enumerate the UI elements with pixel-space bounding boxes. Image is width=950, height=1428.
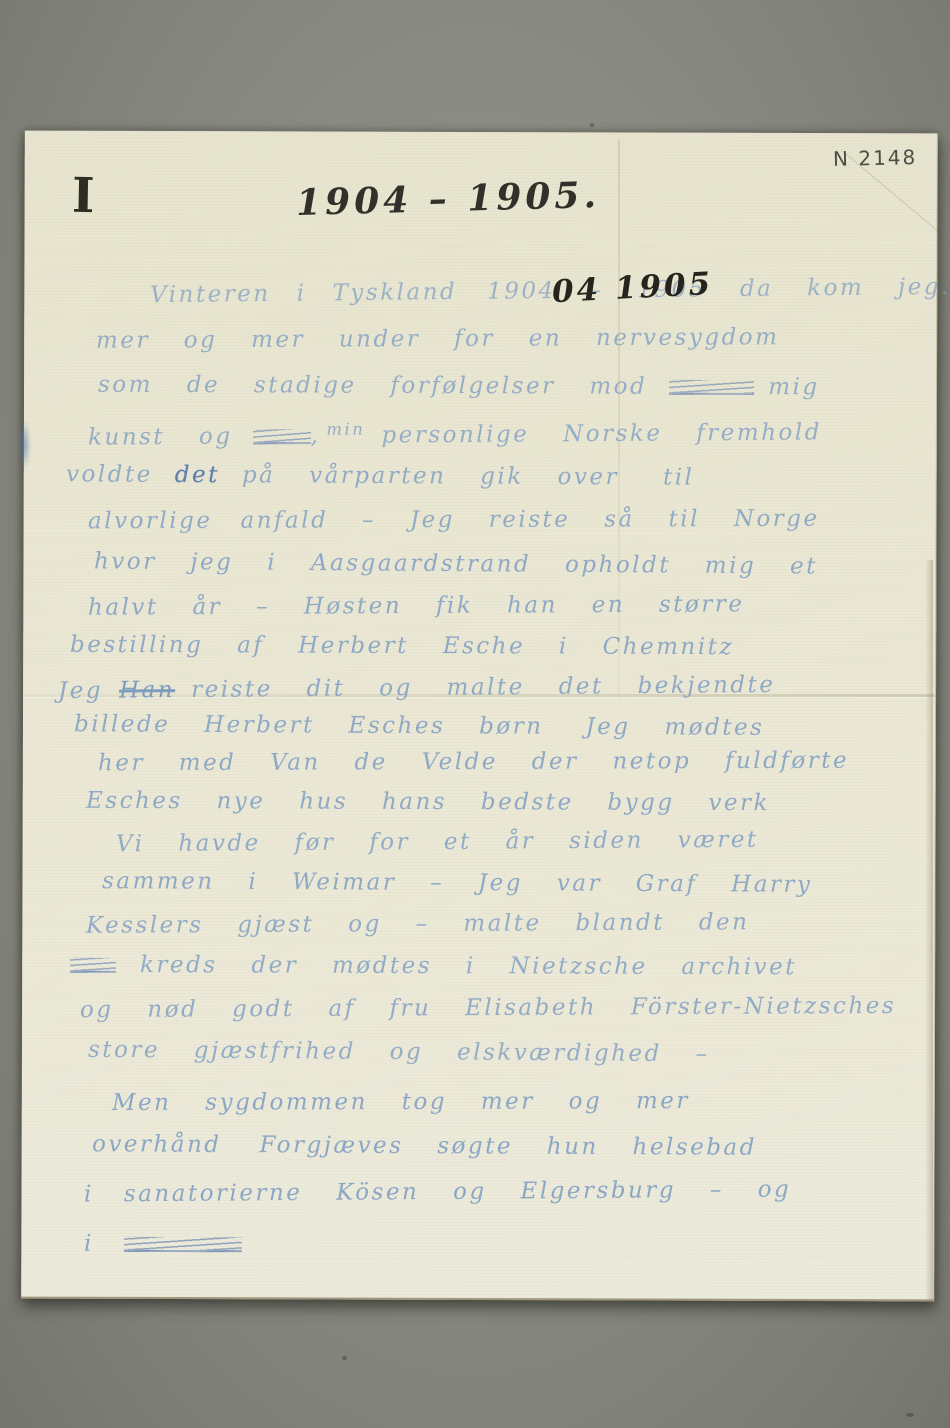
handwritten-line: store gjæstfrihed og elskværdighed – bbox=[88, 1039, 710, 1066]
handwritten-text: Kesslers gjæst og – malte blandt den bbox=[86, 911, 750, 937]
handwritten-text: anfald – Jeg reiste så til Norge bbox=[240, 508, 819, 533]
handwritten-line: billede Herbert Esches børnJeg mødtes bbox=[74, 713, 765, 740]
handwritten-text: da kom jeg. bbox=[740, 276, 950, 301]
handwritten-text: min bbox=[326, 422, 365, 439]
handwritten-line: alvorligeanfald – Jeg reiste så til Norg… bbox=[88, 508, 820, 534]
handwritten-text: Vinteren bbox=[150, 283, 271, 307]
handwritten-text: overhånd bbox=[92, 1133, 222, 1157]
handwritten-text: i bbox=[84, 1233, 94, 1256]
struck-out-scribble bbox=[124, 1237, 242, 1252]
handwritten-text: bestilling af Herbert Esche i Chemnitz bbox=[70, 634, 734, 659]
handwritten-text: billede Herbert Esches børn bbox=[74, 713, 544, 738]
handwritten-text: Esches nye hus hans bedste bygg verk bbox=[86, 790, 770, 815]
handwritten-text: sanatorierne Kösen og Elgersburg – og bbox=[124, 1179, 792, 1207]
handwritten-text: kunst og bbox=[88, 426, 233, 450]
struck-out-scribble bbox=[669, 380, 754, 395]
handwritten-text: som de stadige forfølgelser mod bbox=[98, 374, 647, 399]
handwritten-text: Forgjæves søgte hun helsebad bbox=[259, 1134, 757, 1160]
handwritten-text: til bbox=[663, 466, 695, 489]
handwritten-text: sammen i Weimar – Jeg var Graf Harry bbox=[102, 870, 813, 897]
handwritten-text: i bbox=[84, 1183, 94, 1206]
handwritten-line: sammen i Weimar – Jeg var Graf Harry bbox=[102, 870, 813, 897]
handwritten-text: Jeg mødtes bbox=[585, 716, 764, 740]
handwritten-text: på vårparten gik over bbox=[242, 464, 619, 489]
handwritten-text: halvt år – Høsten fik han en større bbox=[88, 593, 745, 619]
handwritten-line: bestilling af Herbert Esche i Chemnitz bbox=[70, 634, 734, 659]
handwritten-text: Men sygdommen tog mer og mer bbox=[112, 1090, 690, 1115]
handwritten-line: kunst og,minpersonlige Norske fremhold bbox=[88, 418, 822, 449]
handwritten-text: Tyskland bbox=[332, 281, 457, 305]
handwritten-line: halvt år – Høsten fik han en større bbox=[88, 593, 745, 619]
handwritten-text: og nød godt af fru Elisabeth Förster-Nie… bbox=[80, 995, 896, 1022]
handwritten-line: Men sygdommen tog mer og mer bbox=[112, 1090, 690, 1115]
handwritten-text: personlige Norske fremhold bbox=[381, 421, 822, 447]
handwritten-text: voldte bbox=[66, 463, 153, 486]
handwritten-line: og nød godt af fru Elisabeth Förster-Nie… bbox=[80, 995, 896, 1022]
handwritten-text: kreds der mødtes i Nietzsche archivet bbox=[140, 954, 797, 979]
handwritten-text: reiste dit og malte det bekjendte bbox=[191, 674, 775, 702]
struck-out-scribble bbox=[252, 429, 310, 444]
handwritten-line: isanatorierne Kösen og Elgersburg – og bbox=[84, 1179, 791, 1207]
handwritten-line: som de stadige forfølgelser modmig bbox=[98, 374, 820, 400]
handwritten-text: det bbox=[175, 464, 220, 487]
handwritten-line: VintereniTyskland1904 – 1905da kom jeg. bbox=[150, 276, 950, 307]
handwritten-line: overhåndForgjæves søgte hun helsebad bbox=[92, 1133, 757, 1159]
handwritten-text: Jeg bbox=[58, 680, 103, 703]
handwritten-text: hvor jeg i Aasgaardstrand opholdt mig et bbox=[94, 550, 818, 578]
handwritten-line: Kesslers gjæst og – malte blandt den bbox=[86, 911, 750, 937]
handwritten-line: hvor jeg i Aasgaardstrand opholdt mig et bbox=[94, 550, 818, 578]
handwritten-line: mer og mer under for en nervesygdom bbox=[96, 326, 780, 353]
handwritten-line: Vi havde før for et år siden været bbox=[116, 829, 759, 856]
handwritten-text: i bbox=[297, 283, 307, 306]
handwritten-line: her med Van de Velde der netop fuldførte bbox=[98, 750, 849, 776]
handwritten-line: voldtedetpå vårparten gik overtil bbox=[66, 463, 695, 489]
handwritten-text: mer og mer under for en nervesygdom bbox=[96, 326, 780, 353]
handwritten-text: alvorlige bbox=[88, 510, 213, 533]
handwritten-text: store gjæstfrihed og elskværdighed – bbox=[88, 1039, 710, 1066]
handwritten-text: Vi havde før for et år siden været bbox=[116, 829, 759, 856]
handwritten-text: , bbox=[310, 425, 320, 448]
handwritten-line: Esches nye hus hans bedste bygg verk bbox=[86, 790, 770, 815]
handwritten-text: mig bbox=[768, 376, 819, 399]
struck-out-scribble bbox=[70, 958, 116, 973]
struck-out-word: Han bbox=[119, 679, 175, 702]
handwritten-line: JegHanreiste dit og malte det bekjendte bbox=[58, 674, 776, 703]
handwritten-text: her med Van de Velde der netop fuldførte bbox=[98, 750, 849, 776]
handwritten-line: kreds der mødtes i Nietzsche archivet bbox=[70, 954, 797, 980]
text-layer: VintereniTyskland1904 – 1905da kom jeg.m… bbox=[0, 0, 950, 1428]
handwritten-line: i bbox=[84, 1233, 242, 1257]
